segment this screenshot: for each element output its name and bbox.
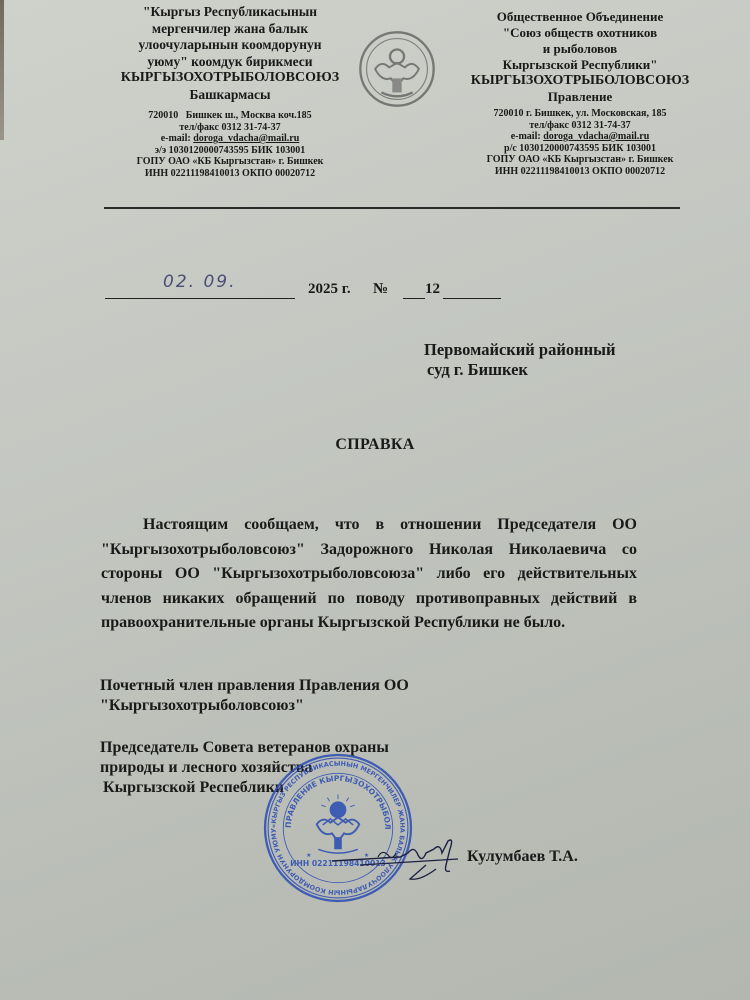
- phone: тел/факс 0312 31-74-37: [100, 122, 360, 134]
- letterhead-right-line: Кыргызской Республики": [455, 57, 705, 73]
- letterhead-left-line: уюму" коомдук бирикмеси: [100, 54, 360, 71]
- letterhead-right-line: и рыболовов: [455, 41, 705, 57]
- letterhead-left-title: "Кыргыз Республикасынын мергенчилер жана…: [100, 4, 360, 103]
- letterhead-divider: [104, 207, 680, 209]
- signatory-position-1: Почетный член правления Правления ОО "Кы…: [100, 676, 409, 716]
- state-emblem-icon: [358, 30, 436, 108]
- document-number: 12: [425, 281, 440, 298]
- number-field-left: [403, 278, 425, 299]
- bank-account: э/э 1030120000743595 БИК 103001: [100, 145, 360, 157]
- letterhead-right-title: Общественное Объединение "Союз обществ о…: [455, 9, 705, 105]
- letterhead-left-org: КЫРГЫЗОХОТРЫБОЛОВСОЮЗ: [100, 70, 360, 87]
- letterhead-left-line: "Кыргыз Республикасынын: [100, 4, 360, 21]
- bank-account: р/с 1030120000743595 БИК 103001: [455, 143, 705, 155]
- date-number-line: 02. 09. 2025 г. № 12: [105, 278, 525, 300]
- letterhead-right-org: КЫРГЫЗОХОТРЫБОЛОВСОЮЗ: [455, 73, 705, 89]
- email-label: e-mail:: [161, 133, 194, 144]
- addressee: Первомайский районный суд г. Бишкек: [424, 340, 616, 380]
- position-line: Почетный член правления Правления ОО: [100, 676, 409, 696]
- tax-ids: ИНН 02211198410013 ОКПО 00020712: [455, 166, 705, 178]
- addressee-line: суд г. Бишкек: [424, 360, 616, 380]
- letterhead-left-line: мергенчилер жана балык: [100, 21, 360, 38]
- letterhead-left-contacts: 720010 Бишкек ш., Москва коч.185 тел/фак…: [100, 110, 360, 179]
- email-row: e-mail: doroga_vdacha@mail.ru: [100, 133, 360, 145]
- tax-ids: ИНН 02211198410013 ОКПО 00020712: [100, 168, 360, 180]
- phone: тел/факс 0312 31-74-37: [455, 120, 705, 132]
- email-link[interactable]: doroga_vdacha@mail.ru: [193, 133, 299, 144]
- email-link[interactable]: doroga_vdacha@mail.ru: [543, 131, 649, 142]
- letterhead-right-line: Общественное Объединение: [455, 9, 705, 25]
- page-edge-shadow: [0, 0, 4, 140]
- handwritten-date: 02. 09.: [163, 272, 236, 292]
- letterhead-right-body: Правление: [455, 89, 705, 105]
- year: 2025 г.: [308, 281, 351, 298]
- address: 720010 Бишкек ш., Москва коч.185: [100, 110, 360, 122]
- body-paragraph: Настоящим сообщаем, что в отношении Пред…: [101, 513, 637, 636]
- email-row: e-mail: doroga_vdacha@mail.ru: [455, 131, 705, 143]
- letterhead-left-body: Башкармасы: [100, 87, 360, 104]
- letterhead-left-line: улоочуларынын коомдорунун: [100, 37, 360, 54]
- email-label: e-mail:: [511, 131, 544, 142]
- bank-name: ГОПУ ОАО «КБ Кыргызстан» г. Бишкек: [100, 156, 360, 168]
- number-field-right: [443, 278, 501, 299]
- signer-name: Кулумбаев Т.А.: [467, 848, 578, 866]
- address: 720010 г. Бишкек, ул. Московская, 185: [455, 108, 705, 120]
- addressee-line: Первомайский районный: [424, 340, 616, 360]
- handwritten-signature-icon: [330, 835, 470, 885]
- number-sign: №: [373, 281, 388, 298]
- document-title: СПРАВКА: [0, 436, 750, 454]
- letterhead-right-line: "Союз обществ охотников: [455, 25, 705, 41]
- letterhead-right-contacts: 720010 г. Бишкек, ул. Московская, 185 те…: [455, 108, 705, 177]
- position-line: "Кыргызохотрыболовсоюз": [100, 696, 409, 716]
- bank-name: ГОПУ ОАО «КБ Кыргызстан» г. Бишкек: [455, 154, 705, 166]
- svg-text:★: ★: [306, 852, 311, 859]
